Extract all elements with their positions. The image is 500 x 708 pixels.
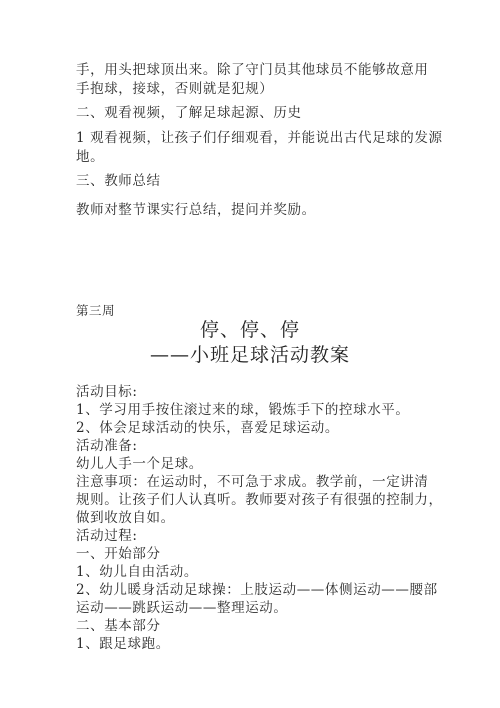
paragraph-line: 1、学习用手按住滚过来的球，锻炼手下的控球水平。 [76, 401, 410, 419]
paragraph-line: 运动——跳跃运动——整理运动。 [76, 599, 288, 617]
section-heading: 三、教师总结 [76, 172, 161, 190]
section-heading: 二、观看视频，了解足球起源、历史 [76, 104, 302, 122]
paragraph-line: 1 观看视频，让孩子们仔细观看，并能说出古代足球的发源 [76, 129, 443, 147]
paragraph-line: 1、跟足球跑。 [76, 635, 170, 653]
section-heading: 活动目标: [76, 383, 138, 401]
section-heading: 二、基本部分 [76, 617, 161, 635]
paragraph-line: 1、幼儿自由活动。 [76, 563, 198, 581]
paragraph-line: 做到收放自如。 [76, 509, 175, 527]
document-page: 手，用头把球顶出来。除了守门员其他球员不能够故意用 手抱球，接球，否则就是犯规）… [0, 0, 500, 708]
document-title: 停、停、停 [0, 318, 500, 342]
paragraph-line: 地。 [76, 148, 104, 166]
paragraph-line: 规则。让孩子们人认真听。教师要对孩子有很强的控制力， [76, 491, 443, 509]
paragraph-line: 教师对整节课实行总结，提问并奖励。 [76, 201, 316, 219]
section-heading: 活动准备: [76, 437, 138, 455]
paragraph-line: 幼儿人手一个足球。 [76, 455, 203, 473]
section-heading: 一、开始部分 [76, 545, 161, 563]
paragraph-line: 手，用头把球顶出来。除了守门员其他球员不能够故意用 [76, 61, 429, 79]
paragraph-line: 注意事项：在运动时，不可急于求成。教学前，一定讲清 [76, 473, 429, 491]
paragraph-line: 手抱球，接球，否则就是犯规） [76, 80, 273, 98]
section-heading: 活动过程: [76, 527, 138, 545]
paragraph-line: 2、体会足球活动的快乐，喜爱足球运动。 [76, 419, 339, 437]
document-subtitle: ——小班足球活动教案 [0, 343, 500, 367]
paragraph-line: 2、幼儿暖身活动足球操：上肢运动——体侧运动——腰部 [76, 581, 438, 599]
